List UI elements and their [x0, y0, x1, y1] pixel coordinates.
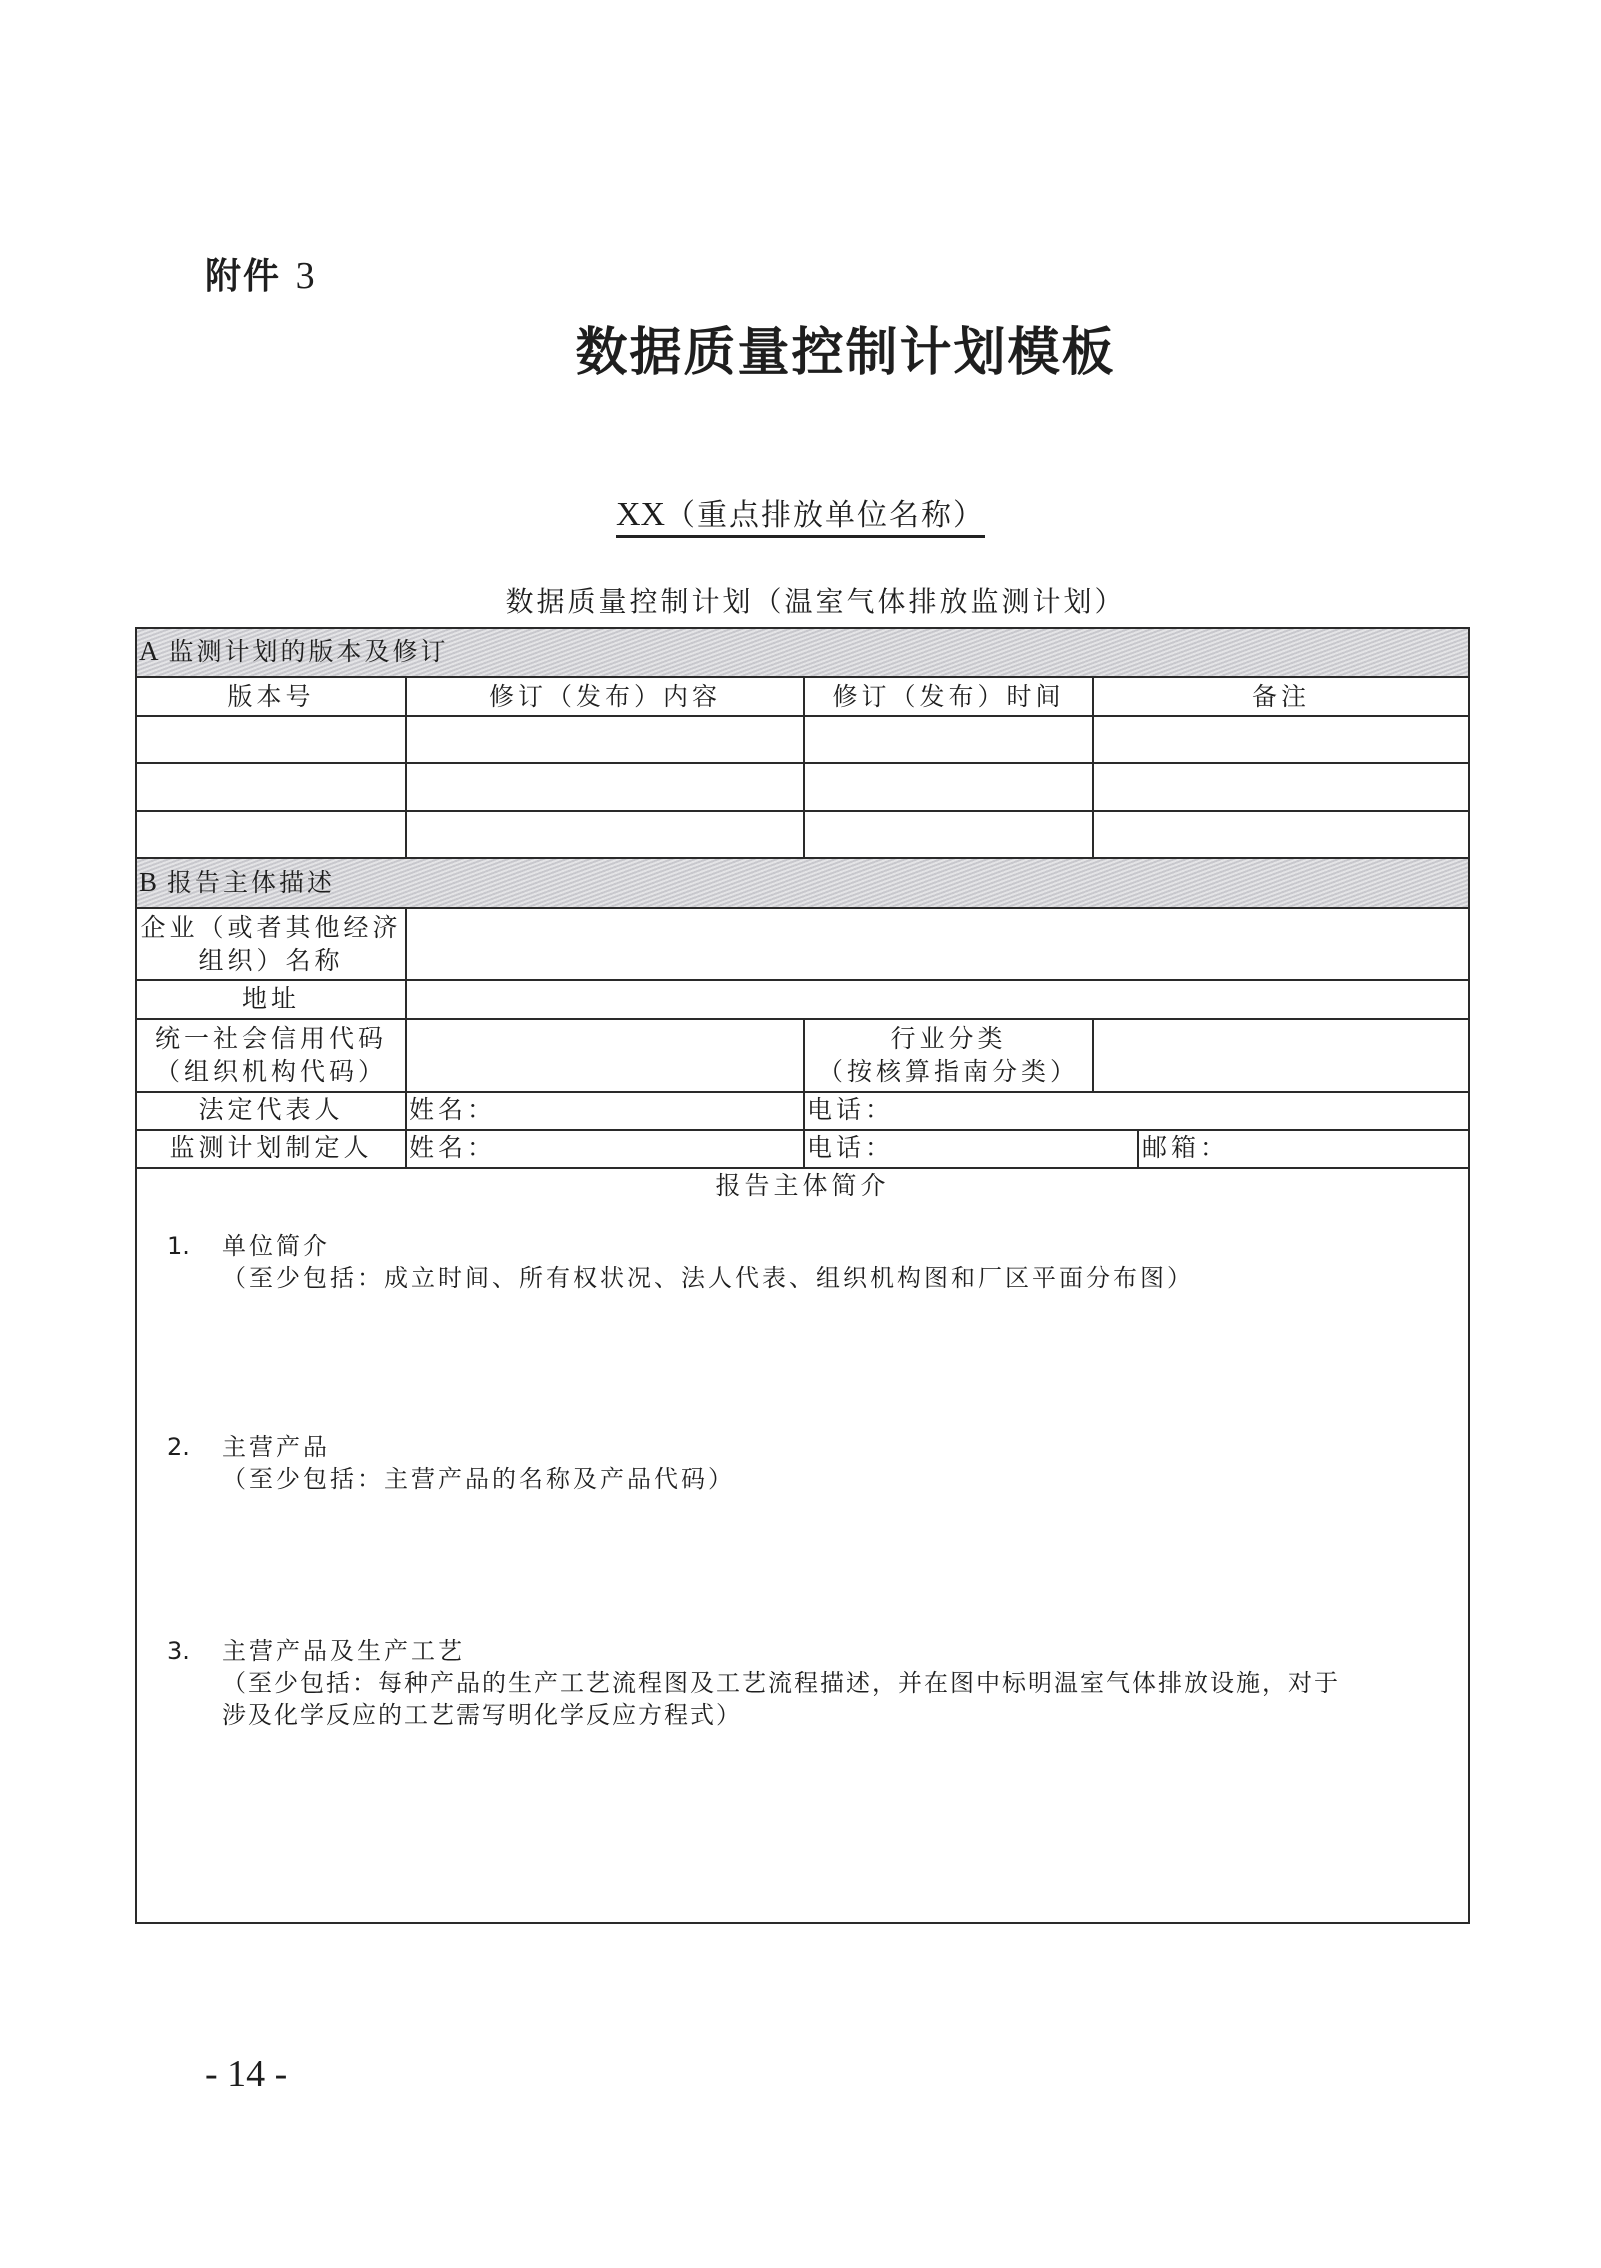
plan-title: 数据质量控制计划（温室气体排放监测计划）: [0, 580, 1601, 620]
planner-name-field[interactable]: 姓名：: [409, 1132, 496, 1164]
divider: [1092, 1019, 1094, 1092]
column-header-version: 版本号: [137, 681, 405, 713]
address-field[interactable]: [407, 981, 1468, 1018]
profile-item-title: 主营产品: [222, 1431, 330, 1463]
unit-name-hint: （重点排放单位名称）: [665, 498, 985, 533]
profile-item-note: （至少包括：主营产品的名称及产品代码）: [222, 1463, 735, 1495]
unit-name-placeholder: XX: [616, 496, 665, 533]
revision-content-cell[interactable]: [407, 717, 803, 762]
company-name-label: 企业（或者其他经济 组织）名称: [137, 911, 405, 977]
section-a-title: A监测计划的版本及修订: [139, 635, 449, 668]
divider: [137, 1167, 1468, 1169]
remarks-cell[interactable]: [1094, 812, 1468, 857]
unit-name-field[interactable]: XX（重点排放单位名称）: [616, 498, 985, 538]
divider: [803, 1019, 805, 1092]
revision-time-cell[interactable]: [805, 764, 1092, 810]
divider: [405, 677, 407, 858]
revision-content-cell[interactable]: [407, 812, 803, 857]
attachment-label: 附件 3: [205, 248, 317, 299]
profile-heading: 报告主体简介: [137, 1170, 1468, 1202]
planner-phone-field[interactable]: 电话：: [807, 1132, 894, 1164]
column-header-revision-time: 修订（发布）时间: [805, 681, 1092, 713]
divider: [405, 908, 407, 1168]
company-name-field[interactable]: [407, 909, 1468, 979]
profile-item-note-continued: 涉及化学反应的工艺需写明化学反应方程式）: [222, 1699, 742, 1731]
version-cell[interactable]: [137, 812, 405, 857]
profile-item-number: 2.: [167, 1433, 190, 1461]
planner-email-field[interactable]: 邮箱：: [1142, 1132, 1229, 1164]
planner-label: 监测计划制定人: [137, 1132, 405, 1164]
divider: [803, 677, 805, 858]
revision-time-cell[interactable]: [805, 717, 1092, 762]
industry-field[interactable]: [1094, 1020, 1468, 1091]
company-name-label-line2: 组织）名称: [137, 944, 405, 977]
divider: [803, 1092, 805, 1168]
industry-label-line2: （按核算指南分类）: [805, 1055, 1092, 1088]
legal-rep-phone-field[interactable]: 电话：: [807, 1094, 894, 1126]
page-title: 数据质量控制计划模板: [0, 310, 1601, 385]
section-a-title-text: 监测计划的版本及修订: [169, 637, 449, 666]
divider: [1137, 1130, 1139, 1168]
profile-item-note: （至少包括：成立时间、所有权状况、法人代表、组织机构图和厂区平面分布图）: [222, 1262, 1194, 1294]
section-b-header-bg: [137, 859, 1468, 907]
divider: [1092, 677, 1094, 858]
quality-control-plan-table: A监测计划的版本及修订 版本号 修订（发布）内容 修订（发布）时间 备注 B报告…: [135, 627, 1470, 1924]
profile-item-title: 单位简介: [222, 1230, 330, 1262]
address-label: 地址: [137, 983, 405, 1015]
version-cell[interactable]: [137, 717, 405, 762]
section-b-letter: B: [139, 867, 157, 897]
column-header-remarks: 备注: [1094, 681, 1468, 713]
credit-code-field[interactable]: [407, 1020, 803, 1091]
company-name-label-line1: 企业（或者其他经济: [137, 911, 405, 944]
revision-time-cell[interactable]: [805, 812, 1092, 857]
column-header-revision-content: 修订（发布）内容: [407, 681, 803, 713]
attachment-number: 3: [296, 255, 317, 297]
section-b-title-text: 报告主体描述: [167, 868, 335, 897]
industry-label-line1: 行业分类: [805, 1022, 1092, 1055]
attachment-label-text: 附件: [205, 256, 281, 297]
unit-name-line: XX（重点排放单位名称）: [0, 490, 1601, 534]
credit-code-label-line2: （组织机构代码）: [137, 1055, 405, 1088]
legal-rep-name-field[interactable]: 姓名：: [409, 1094, 496, 1126]
revision-content-cell[interactable]: [407, 764, 803, 810]
credit-code-label-line1: 统一社会信用代码: [137, 1022, 405, 1055]
section-a-letter: A: [139, 636, 159, 666]
profile-item-note: （至少包括：每种产品的生产工艺流程图及工艺流程描述，并在图中标明温室气体排放设施…: [222, 1667, 1340, 1699]
remarks-cell[interactable]: [1094, 764, 1468, 810]
profile-item-title: 主营产品及生产工艺: [222, 1635, 465, 1667]
profile-item-number: 1.: [167, 1232, 190, 1260]
profile-item-number: 3.: [167, 1637, 190, 1665]
remarks-cell[interactable]: [1094, 717, 1468, 762]
industry-label: 行业分类 （按核算指南分类）: [805, 1022, 1092, 1088]
credit-code-label: 统一社会信用代码 （组织机构代码）: [137, 1022, 405, 1088]
legal-rep-label: 法定代表人: [137, 1094, 405, 1126]
page-number: - 14 -: [205, 2052, 287, 2096]
section-b-title: B报告主体描述: [139, 866, 335, 899]
version-cell[interactable]: [137, 764, 405, 810]
